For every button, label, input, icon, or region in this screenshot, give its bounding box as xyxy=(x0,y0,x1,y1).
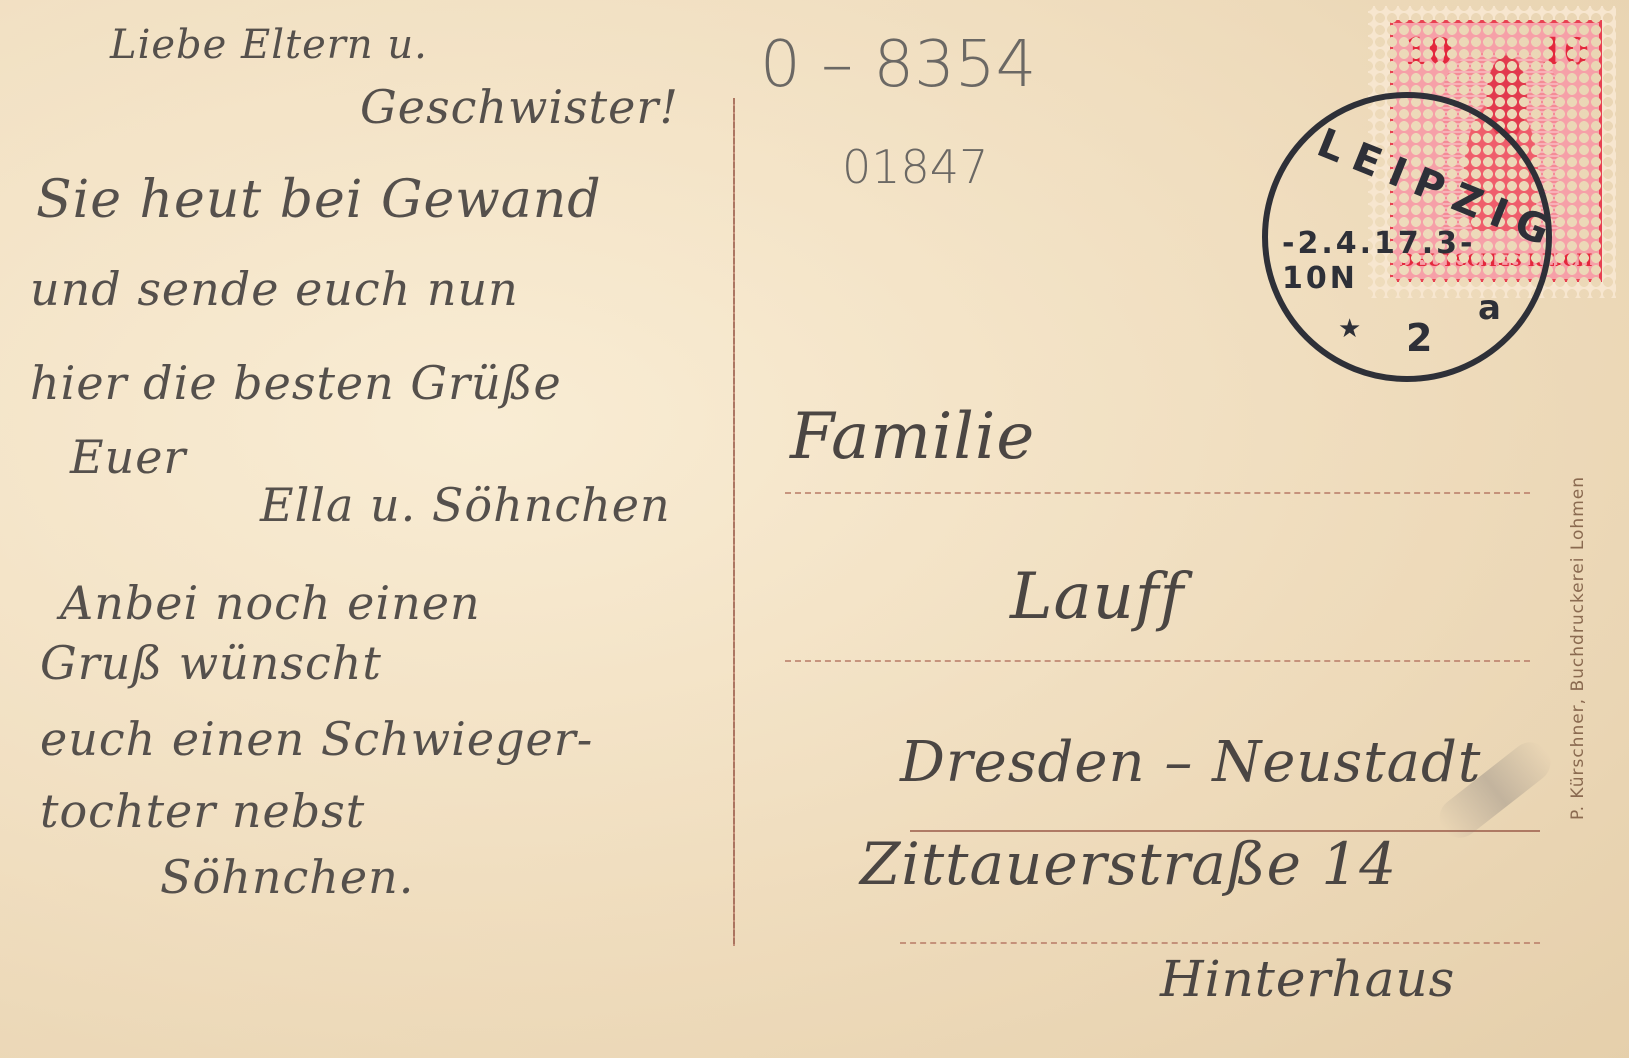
postmark-date: -2.4.17.3-10N xyxy=(1282,226,1546,296)
message-line: und sende euch nun xyxy=(30,262,519,316)
archive-number-secondary: 01847 xyxy=(842,140,988,194)
stamp-value-left: 10 xyxy=(1403,31,1453,73)
message-line: Söhnchen. xyxy=(160,850,414,904)
address-line-2: Lauff xyxy=(1010,560,1184,634)
center-divider xyxy=(733,98,735,946)
address-rule xyxy=(785,492,1530,494)
message-line: Anbei noch einen xyxy=(60,576,481,630)
message-line: Liebe Eltern u. xyxy=(110,22,428,68)
postmark: LEIPZIG -2.4.17.3-10N ★ 2 a xyxy=(1262,92,1552,382)
postcard: Liebe Eltern u. Geschwister! Sie heut be… xyxy=(0,0,1629,1058)
printer-imprint: P. Kürschner, Buchdruckerei Lohmen xyxy=(1568,476,1588,820)
address-line-4: Zittauerstraße 14 xyxy=(860,830,1397,898)
postmark-letter: a xyxy=(1478,288,1501,328)
message-line: Geschwister! xyxy=(360,80,679,134)
address-rule xyxy=(785,660,1530,662)
message-line: Gruß wünscht xyxy=(40,636,382,690)
address-line-3: Dresden – Neustadt xyxy=(900,730,1481,795)
message-line: Sie heut bei Gewand xyxy=(36,170,602,230)
stamp-value-right: 10 xyxy=(1539,31,1589,73)
message-line: hier die besten Grüße xyxy=(30,356,562,410)
archive-number: 0 – 8354 xyxy=(760,28,1036,102)
address-line-5: Hinterhaus xyxy=(1160,950,1455,1008)
message-line: Ella u. Söhnchen xyxy=(260,478,671,532)
address-rule xyxy=(900,942,1540,944)
postmark-number: 2 xyxy=(1406,316,1432,360)
star-icon: ★ xyxy=(1338,314,1361,344)
message-line: Euer xyxy=(70,430,186,484)
address-line-1: Familie xyxy=(790,400,1035,474)
message-line: euch einen Schwieger- xyxy=(40,712,593,766)
message-line: tochter nebst xyxy=(40,784,365,838)
